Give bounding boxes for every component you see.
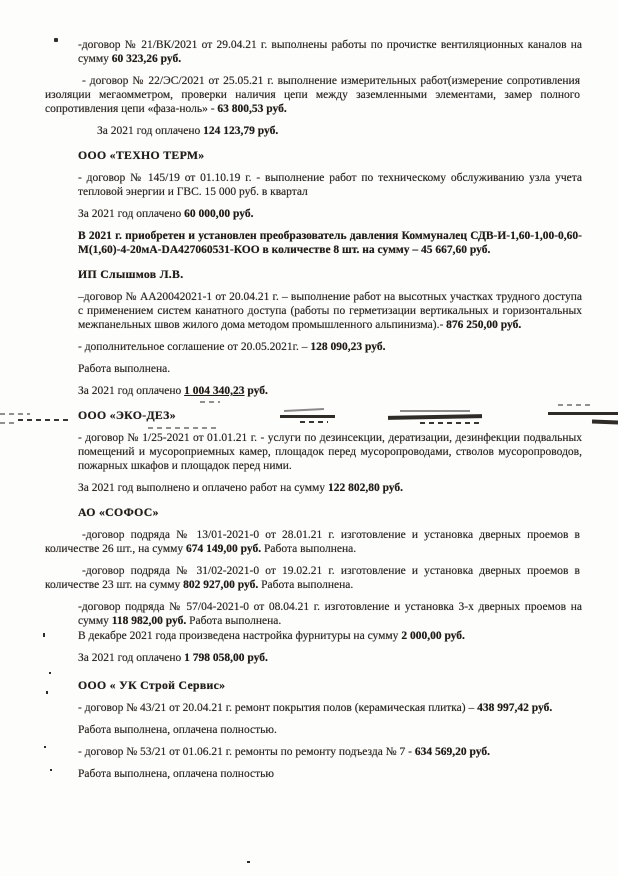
paragraph: -договор подряда № 13/01-2021-0 от 28.01… <box>45 528 580 556</box>
section-heading: ИП Слышмов Л.В. <box>78 267 582 281</box>
scanned-document-page: -договор № 21/ВК/2021 от 29.04.21 г. вып… <box>0 0 618 876</box>
scan-artifact <box>592 420 618 425</box>
amount-text: 60 000,00 руб. <box>184 208 253 220</box>
amount-text: В 2021 г. приобретен и установлен преобр… <box>78 230 582 256</box>
scan-artifact <box>18 419 70 421</box>
paragraph: Работа выполнена. <box>78 362 582 376</box>
text-segment: - договор № 145/19 от 01.10.19 г. - выпо… <box>78 172 582 198</box>
paragraph: За 2021 год оплачено 1 798 058,00 руб. <box>78 651 582 665</box>
paragraph: -договор подряда № 57/04-2021-0 от 08.04… <box>78 600 582 628</box>
scan-artifact <box>280 415 335 418</box>
text-segment: - договор № 1/25-2021 от 01.01.21 г. - у… <box>78 432 582 472</box>
amount-text: 45 667,60 руб. <box>421 244 490 256</box>
scan-artifact <box>548 412 618 415</box>
scan-artifact <box>300 421 328 423</box>
text-segment: Работа выполнена, оплачена полностью. <box>78 724 277 736</box>
scan-artifact <box>54 38 58 42</box>
paragraph: - дополнительное соглашение от 20.05.202… <box>78 340 582 354</box>
scan-artifact <box>46 691 48 694</box>
text-segment: - договор № 22/ЭС/2021 от 25.05.21 г. вы… <box>45 75 580 115</box>
text-segment: - дополнительное соглашение от 20.05.202… <box>78 341 310 353</box>
scan-artifact <box>50 769 52 771</box>
paragraph: - договор № 145/19 от 01.10.19 г. - выпо… <box>78 171 582 199</box>
text-segment: АО «СОФОС» <box>78 505 159 519</box>
text-segment: За 2021 год оплачено <box>97 125 203 137</box>
amount-text: 876 250,00 руб. <box>446 319 521 331</box>
text-segment: ООО «ТЕХНО ТЕРМ» <box>78 148 204 162</box>
scan-artifact <box>420 422 480 424</box>
text-segment: Работа выполнена. <box>261 543 356 555</box>
scan-artifact <box>0 413 30 415</box>
amount-text: 802 927,00 руб. <box>183 579 258 591</box>
section-heading: ООО «ТЕХНО ТЕРМ» <box>78 148 582 162</box>
paragraph: - договор № 43/21 от 20.04.21 г. ремонт … <box>78 701 582 715</box>
paragraph: За 2021 год выполнено и оплачено работ н… <box>78 481 582 495</box>
paragraph: -договор № 21/ВК/2021 от 29.04.21 г. вып… <box>78 38 582 66</box>
paragraph: Работа выполнена, оплачена полностью <box>78 767 582 781</box>
document-body: -договор № 21/ВК/2021 от 29.04.21 г. вып… <box>0 38 618 789</box>
paragraph: Работа выполнена, оплачена полностью. <box>78 723 582 737</box>
amount-text: 1 004 340,23 <box>184 385 244 397</box>
text-segment: ИП Слышмов Л.В. <box>78 267 183 281</box>
text-segment: Работа выполнена. <box>258 579 353 591</box>
amount-text: 124 123,79 руб. <box>203 125 278 137</box>
text-segment: Работа выполнена. <box>78 363 170 375</box>
paragraph: - договор № 22/ЭС/2021 от 25.05.21 г. вы… <box>45 74 580 116</box>
paragraph: За 2021 год оплачено 124 123,79 руб. <box>97 124 582 138</box>
section-heading: ООО « УК Строй Сервис» <box>78 678 582 692</box>
text-segment: ООО «ЭКО-ДЕЗ» <box>78 408 176 422</box>
paragraph: За 2021 год оплачено 1 004 340,23 руб. <box>78 384 582 398</box>
amount-text: 438 997,42 руб. <box>477 702 552 714</box>
text-segment: За 2021 год выполнено и оплачено работ н… <box>78 482 328 494</box>
amount-text: 122 802,80 руб. <box>328 482 403 494</box>
amount-text: руб. <box>245 385 268 397</box>
amount-text: 63 800,53 руб. <box>217 103 286 115</box>
text-segment: За 2021 год оплачено <box>78 652 184 664</box>
text-segment: За 2021 год оплачено <box>78 208 184 220</box>
text-segment: Работа выполнена, оплачена полностью <box>78 768 274 780</box>
section-heading: АО «СОФОС» <box>78 505 582 519</box>
paragraph: В 2021 г. приобретен и установлен преобр… <box>78 229 582 257</box>
scan-artifact <box>558 404 590 406</box>
scan-artifact <box>0 422 16 424</box>
scan-artifact <box>148 427 220 429</box>
scan-artifact <box>247 861 250 863</box>
amount-text: 118 982,00 руб. <box>112 615 186 627</box>
text-segment: В декабре 2021 года произведена настройк… <box>78 630 401 642</box>
paragraph: За 2021 год оплачено 60 000,00 руб. <box>78 207 582 221</box>
scan-artifact <box>200 401 220 403</box>
text-segment: - договор № 43/21 от 20.04.21 г. ремонт … <box>78 702 477 714</box>
paragraph: - договор № 1/25-2021 от 01.01.21 г. - у… <box>78 431 582 473</box>
amount-text: 60 323,26 руб. <box>112 53 181 65</box>
scan-artifact <box>400 410 470 412</box>
amount-text: 128 090,23 руб. <box>310 341 385 353</box>
paragraph: В декабре 2021 года произведена настройк… <box>78 629 582 643</box>
amount-text: 2 000,00 руб. <box>401 630 465 642</box>
paragraph: –договор № АА20042021-1 от 20.04.21 г. –… <box>78 290 582 332</box>
text-segment: Работа выполнена. <box>186 615 281 627</box>
text-segment: - договор № 53/21 от 01.06.21 г. ремонты… <box>78 746 415 758</box>
amount-text: 1 798 058,00 руб. <box>184 652 268 664</box>
text-segment: ООО « УК Строй Сервис» <box>78 678 225 692</box>
paragraph: -договор подряда № 31/02-2021-0 от 19.02… <box>45 564 580 592</box>
amount-text: 674 149,00 руб. <box>186 543 261 555</box>
text-segment: За 2021 год оплачено <box>78 385 184 397</box>
amount-text: 634 569,20 руб. <box>415 746 490 758</box>
paragraph: - договор № 53/21 от 01.06.21 г. ремонты… <box>78 745 582 759</box>
scan-artifact <box>49 672 51 674</box>
scan-artifact <box>43 633 45 637</box>
scan-artifact <box>44 746 46 748</box>
